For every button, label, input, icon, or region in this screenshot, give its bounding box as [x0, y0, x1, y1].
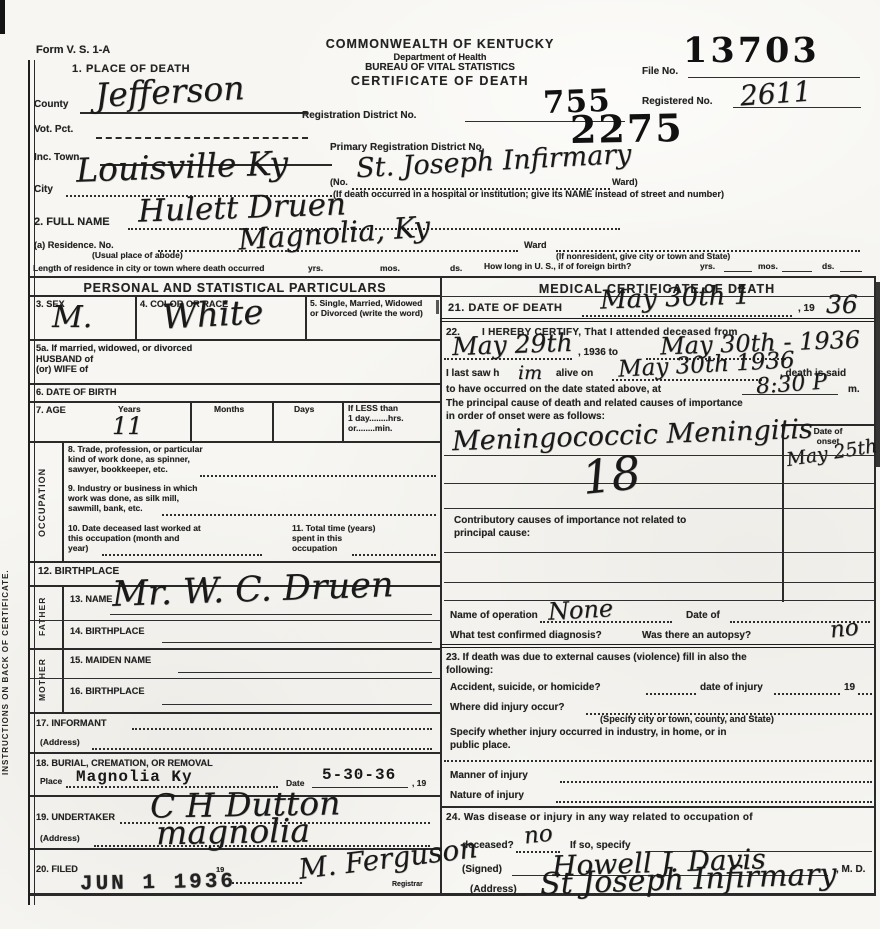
occupation-vertical-label: OCCUPATION [37, 452, 47, 552]
operation-date-label: Date of [686, 610, 720, 622]
county-label: County [34, 99, 68, 111]
contributory-line-2 [444, 582, 874, 583]
row7-bottom [30, 441, 440, 443]
death-year-prefix: , 19 [798, 303, 815, 315]
date-of-death-handwritten: May 30th 1 [600, 280, 751, 315]
last-worked-fill [102, 554, 262, 556]
institution-ward-suffix: Ward) [612, 177, 638, 188]
trade-fill [200, 475, 436, 477]
last-saw-prefix: I last saw h [446, 368, 499, 380]
marital-label: 5. Single, Married, Widowed or Divorced … [310, 299, 423, 319]
item21-divider [440, 318, 874, 322]
ward-label: Ward [524, 240, 547, 251]
yrs2-label: yrs. [700, 262, 715, 272]
m-suffix: m. [848, 384, 860, 396]
burial-place-label: Place [40, 777, 62, 787]
residence-length-label: Length of residence in city or town wher… [33, 264, 264, 274]
us-yrs-fill [724, 271, 752, 272]
undertaker-label: 19. UNDERTAKER [36, 812, 115, 823]
death-year-handwritten: 36 [826, 290, 858, 319]
full-name-label: 2. FULL NAME [34, 216, 110, 229]
time-handwritten: 8:30 P [755, 370, 828, 400]
row3-sep1 [135, 295, 137, 339]
trade-label: 8. Trade, profession, or particular kind… [68, 445, 203, 474]
him-handwritten: im [518, 362, 542, 384]
nature-of-injury-label: Nature of injury [450, 790, 524, 802]
industry-label: 9. Industry or business in which work wa… [68, 484, 197, 513]
row3-sep2 [305, 295, 307, 339]
center-divider [440, 276, 442, 893]
filed-label: 20. FILED [36, 864, 78, 875]
burial-year-suffix: , 19 [412, 779, 426, 789]
accident-label: Accident, suicide, or homicide? [450, 682, 601, 694]
informant-label: 17. INFORMANT [36, 718, 106, 729]
autopsy-divider [440, 644, 874, 648]
autopsy-handwritten: no [829, 615, 860, 644]
where-injury-label: Where did injury occur? [450, 702, 564, 714]
injury-date-label: date of injury [700, 682, 763, 694]
margin-instructions-note: INSTRUCTIONS ON BACK OF CERTIFICATE. [1, 540, 10, 805]
vot-pct-label: Vot. Pct. [34, 124, 73, 136]
injury-year-suffix: 19 [844, 682, 855, 694]
contributory-line-1 [444, 552, 874, 553]
row5a-bottom [30, 383, 440, 385]
physician-address-label: (Address) [470, 884, 517, 896]
filed-date-stamp: JUN 1 1936 [80, 871, 236, 897]
signed-label: (Signed) [462, 864, 502, 876]
injury-extra-fill [444, 760, 872, 762]
mother-maiden-bottom [30, 678, 440, 679]
inc-town-label: Inc. Town [34, 152, 79, 164]
vot-pct-fill-line [96, 137, 308, 139]
city-label: City [34, 184, 53, 196]
autopsy-label: Was there an autopsy? [642, 630, 751, 642]
contributory-line-3 [444, 600, 874, 601]
related-handwritten: no [523, 821, 554, 850]
mother-maiden-fill [178, 672, 432, 673]
informant-fill [132, 728, 432, 730]
father-bottom [30, 648, 440, 650]
informant-bottom [30, 752, 440, 754]
date-of-death-label: 21. DATE OF DEATH [448, 302, 562, 315]
nature-fill [556, 801, 872, 803]
sex-handwritten: M. [52, 300, 92, 335]
mos2-label: mos. [758, 262, 778, 272]
age-label: 7. AGE [36, 405, 66, 416]
item23-text: 23. If death was due to external causes … [446, 652, 747, 677]
death-certificate-scan: INSTRUCTIONS ON BACK OF CERTIFICATE. For… [0, 0, 880, 929]
bureau-subtitle: BUREAU OF VITAL STATISTICS [280, 62, 600, 74]
abode-note: (Usual place of abode) [92, 251, 183, 261]
scan-smudge [0, 0, 4, 26]
ds2-label: ds. [822, 262, 834, 272]
undertaker-address-handwritten: magnolia [156, 811, 311, 853]
file-no-label: File No. [642, 66, 678, 78]
burial-date-typed: 5-30-36 [322, 766, 396, 784]
age-less-than-note: If LESS than 1 day........hrs. or.......… [348, 404, 404, 433]
contributory-label: Contributory causes of importance not re… [454, 514, 686, 540]
burial-place-typed: Magnolia Ky [76, 768, 193, 786]
residence-label: (a) Residence. No. [34, 240, 114, 251]
registration-district-label: Registration District No. [302, 110, 416, 122]
father-birthplace-label: 14. BIRTHPLACE [70, 626, 145, 637]
scan-smudge [436, 300, 439, 314]
mother-bottom [30, 712, 440, 714]
burial-label: 18. BURIAL, CREMATION, OR REMOVAL [36, 758, 213, 769]
age-months-header: Months [214, 405, 244, 415]
injury-year-fill [858, 693, 872, 695]
md-suffix: , M. D. [836, 864, 865, 876]
age-sep2 [272, 401, 274, 441]
occurred-text: to have occurred on the date stated abov… [446, 384, 661, 396]
filed-fill [232, 882, 302, 884]
city-handwritten: Louisville Ky [75, 143, 288, 189]
department-subtitle: Department of Health [280, 52, 600, 63]
mother-maiden-label: 15. MAIDEN NAME [70, 655, 151, 666]
manner-fill [560, 781, 872, 783]
specify-city-note: (Specify city or town, county, and State… [600, 714, 774, 725]
father-cell-sep [62, 585, 64, 648]
specify-injury-text: Specify whether injury occurred in indus… [450, 726, 727, 752]
secondary-cause-handwritten: 18 [579, 445, 643, 505]
row3-bottom [30, 339, 440, 341]
injury-date-fill [774, 693, 840, 695]
manner-of-injury-label: Manner of injury [450, 770, 528, 782]
box-top-border [30, 276, 876, 278]
last-worked-label: 10. Date deceased last worked at this oc… [68, 524, 201, 553]
father-name-handwritten: Mr. W. C. Druen [111, 565, 394, 615]
father-vertical-label: FATHER [37, 590, 47, 643]
mother-cell-sep [62, 648, 64, 712]
total-time-fill [352, 554, 436, 556]
alive-on-text: alive on [556, 368, 593, 380]
age-sep1 [190, 401, 192, 441]
item24-text: 24. Was disease or injury in any way rel… [446, 812, 753, 824]
mother-birthplace-fill [162, 704, 432, 705]
age-days-header: Days [294, 405, 314, 415]
registrar-signature: M. Ferguson [297, 831, 479, 886]
married-to-label: 5a. If married, widowed, or divorced HUS… [36, 343, 192, 375]
cause-line-1 [444, 455, 874, 456]
undertaker-address-label: (Address) [40, 834, 80, 844]
informant-address-fill [92, 748, 432, 750]
father-name-bottom [30, 620, 440, 621]
father-name-label: 13. NAME [70, 594, 112, 605]
registrar-label: Registrar [392, 881, 423, 889]
operation-label: Name of operation [450, 610, 538, 622]
attended-from-handwritten: May 29th [452, 328, 573, 361]
date-of-death-fill [582, 315, 792, 317]
ds-label: ds. [450, 264, 462, 274]
scan-smudge [876, 282, 880, 467]
item23-divider [440, 806, 874, 808]
occupation-bottom [30, 561, 440, 563]
father-name-fill [110, 614, 432, 615]
cause-line-2 [444, 483, 874, 484]
operation-fill [540, 621, 672, 623]
residence-fill [158, 250, 518, 252]
hospital-note: (If death occurred in a hospital or inst… [333, 189, 878, 200]
mos-label: mos. [380, 264, 400, 274]
us-mos-fill [782, 271, 812, 272]
age-sep3 [342, 401, 344, 441]
cause-line-3 [444, 508, 874, 509]
father-birthplace-fill [162, 642, 432, 643]
deceased-label: deceased? [462, 840, 514, 852]
filed-year-suffix: 19 [216, 866, 224, 875]
certify-mid-text: , 1936 to [578, 347, 618, 359]
mother-birthplace-label: 16. BIRTHPLACE [70, 686, 145, 697]
mother-vertical-label: MOTHER [37, 652, 47, 708]
informant-address-label: (Address) [40, 738, 80, 748]
yrs-label: yrs. [308, 264, 323, 274]
us-ds-fill [840, 271, 862, 272]
color-race-handwritten: White [161, 292, 264, 337]
occupation-cell-sep [62, 441, 64, 561]
total-time-label: 11. Total time (years) spent in this occ… [292, 524, 375, 553]
file-number-stamp: 13703 [683, 30, 820, 71]
registered-no-label: Registered No. [642, 96, 713, 108]
how-long-us-label: How long in U. S., if of foreign birth? [484, 262, 631, 272]
test-label: What test confirmed diagnosis? [450, 630, 602, 642]
accident-fill [646, 693, 696, 695]
registered-no-handwritten: 2611 [739, 75, 812, 113]
date-of-birth-label: 6. DATE OF BIRTH [36, 387, 116, 398]
industry-fill [162, 514, 436, 516]
county-handwritten: Jefferson [94, 68, 245, 115]
birthplace-label: 12. BIRTHPLACE [38, 566, 119, 578]
age-years-handwritten: 11 [112, 412, 143, 440]
commonwealth-title: COMMONWEALTH OF KENTUCKY [280, 37, 600, 51]
form-number: Form V. S. 1-A [36, 44, 110, 57]
